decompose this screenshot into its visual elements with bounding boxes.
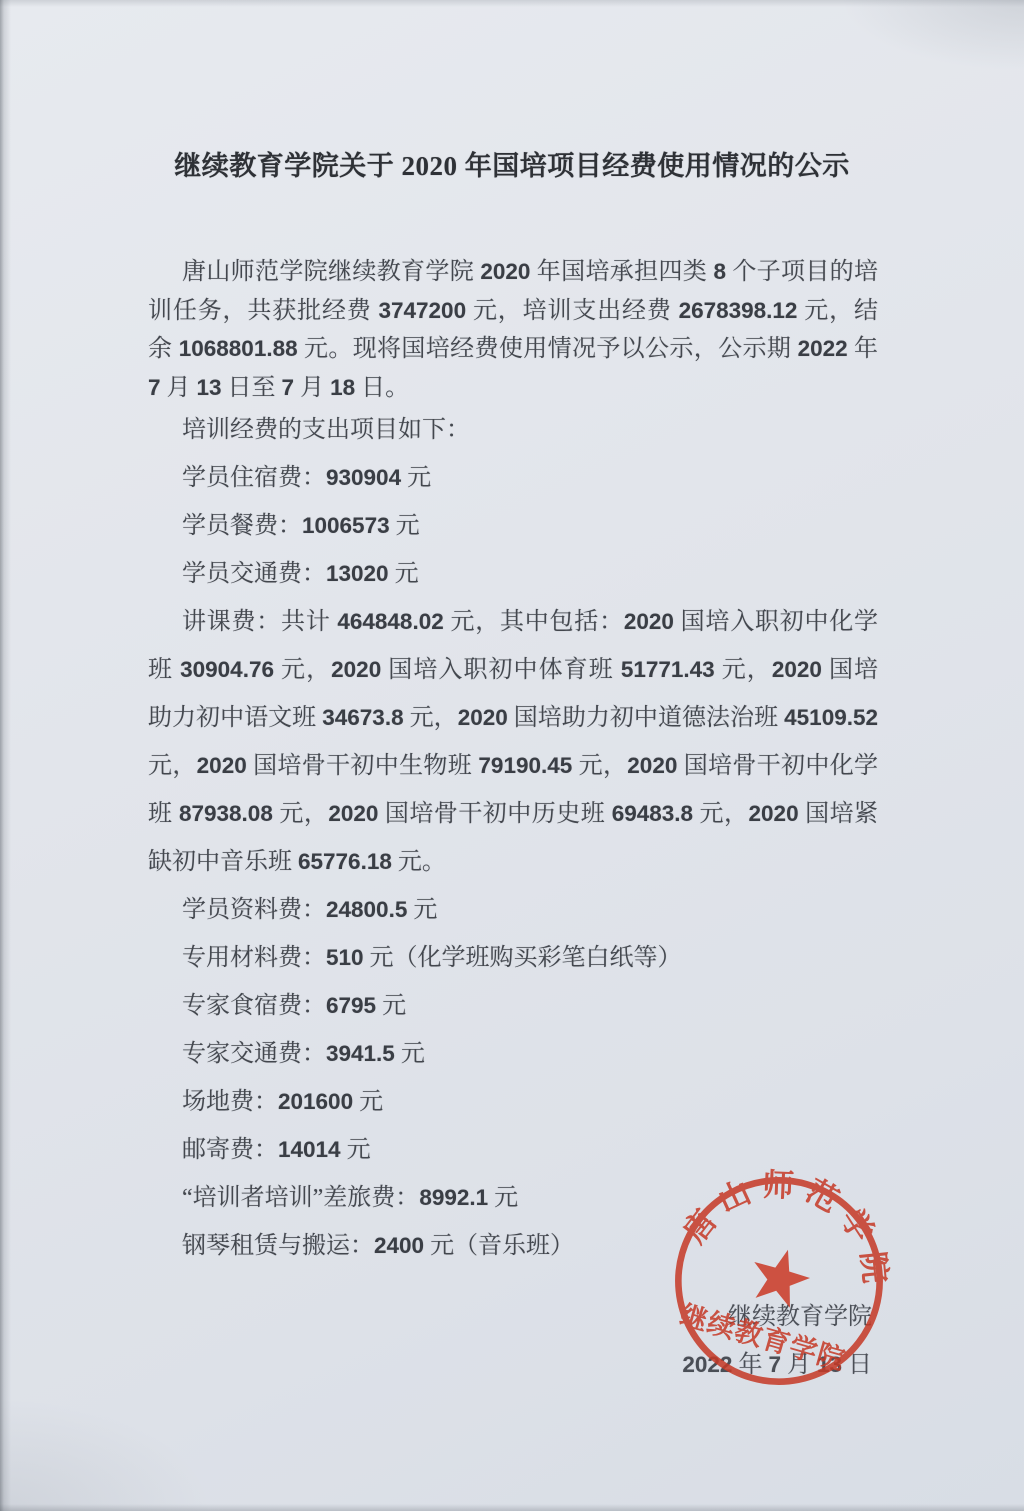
expense-line-piano-rental: 钢琴租赁与搬运：2400 元（音乐班） [148, 1222, 878, 1270]
document-title: 继续教育学院关于 2020 年国培项目经费使用情况的公示 [0, 0, 1024, 183]
expense-line-trainer-travel: “培训者培训”差旅费：8992.1 元 [148, 1174, 878, 1222]
expense-line-transport: 学员交通费：13020 元 [148, 550, 878, 598]
expense-line-lodging: 学员住宿费：930904 元 [148, 454, 878, 502]
signature-block: 继续教育学院 2022 年 7 月 13 日 [0, 1294, 872, 1389]
expense-line-meals: 学员餐费：1006573 元 [148, 502, 878, 550]
expense-line-venue: 场地费：201600 元 [148, 1078, 878, 1126]
signature-org: 继续教育学院 [0, 1294, 872, 1341]
document-page: 继续教育学院关于 2020 年国培项目经费使用情况的公示 唐山师范学院继续教育学… [0, 0, 1024, 1511]
expense-line-postage: 邮寄费：14014 元 [148, 1126, 878, 1174]
expense-line-materials: 学员资料费：24800.5 元 [148, 886, 878, 934]
lecture-fee-paragraph: 讲课费：共计 464848.02 元，其中包括：2020 国培入职初中化学班 3… [148, 598, 878, 886]
expense-list-heading: 培训经费的支出项目如下： [148, 407, 878, 454]
expense-line-special-materials: 专用材料费：510 元（化学班购买彩笔白纸等） [148, 934, 878, 982]
document-body: 唐山师范学院继续教育学院 2020 年国培承担四类 8 个子项目的培训任务，共获… [148, 253, 878, 1270]
signature-date: 2022 年 7 月 13 日 [0, 1341, 872, 1389]
expense-line-expert-transport: 专家交通费：3941.5 元 [148, 1030, 878, 1078]
intro-paragraph: 唐山师范学院继续教育学院 2020 年国培承担四类 8 个子项目的培训任务，共获… [148, 253, 878, 407]
expense-line-expert-lodging: 专家食宿费：6795 元 [148, 982, 878, 1030]
